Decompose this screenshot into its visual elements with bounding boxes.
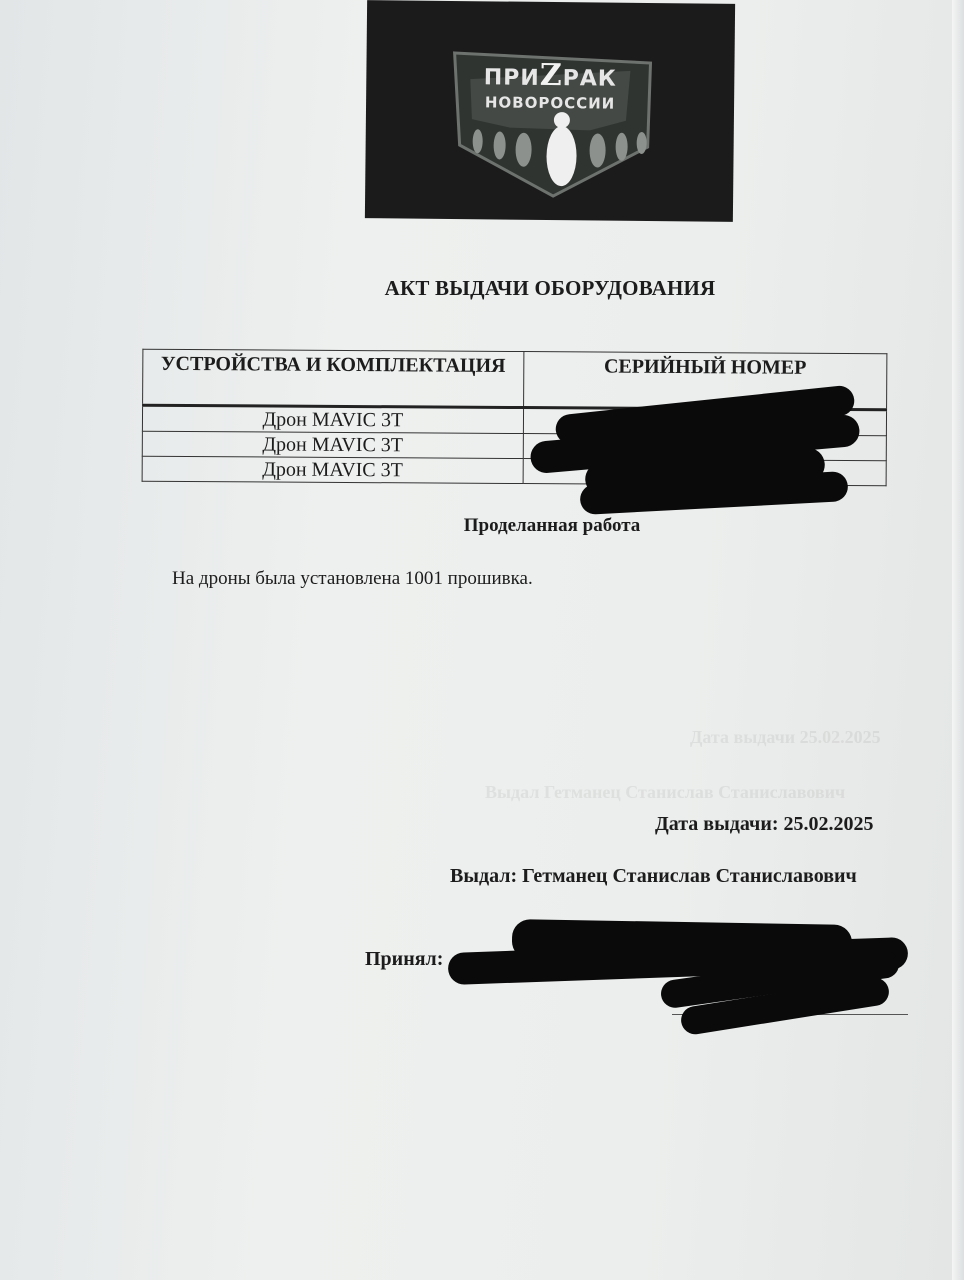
device-cell: Дрон MAVIC 3T bbox=[142, 431, 523, 458]
work-section-title: Проделанная работа bbox=[0, 515, 964, 537]
document-title: АКТ ВЫДАЧИ ОБОРУДОВАНИЯ bbox=[0, 276, 964, 301]
received-by-label: Принял: bbox=[365, 948, 443, 971]
column-header-devices: УСТРОЙСТВА И КОМПЛЕКТАЦИЯ bbox=[143, 349, 524, 407]
logo-subtitle: НОВОРОССИИ bbox=[366, 92, 734, 114]
logo-text: РАК bbox=[563, 66, 617, 92]
show-through-text: Дата выдачи 25.02.2025 bbox=[690, 727, 881, 748]
logo-title: ПРИZРАК bbox=[366, 56, 734, 95]
issued-by: Выдал: Гетманец Станислав Станиславович bbox=[450, 865, 857, 888]
logo-z-letter: Z bbox=[540, 58, 563, 93]
device-cell: Дрон MAVIC 3T bbox=[142, 405, 523, 433]
logo-text: ПРИ bbox=[484, 65, 540, 91]
work-description: На дроны была установлена 1001 прошивка. bbox=[172, 568, 533, 590]
show-through-text: Выдал Гетманец Станислав Станиславович bbox=[485, 782, 845, 803]
paper-edge bbox=[952, 0, 964, 1280]
device-cell: Дрон MAVIC 3T bbox=[142, 456, 523, 483]
logo-banner: ПРИZРАК НОВОРОССИИ bbox=[365, 0, 735, 222]
issue-date: Дата выдачи: 25.02.2025 bbox=[655, 813, 874, 836]
